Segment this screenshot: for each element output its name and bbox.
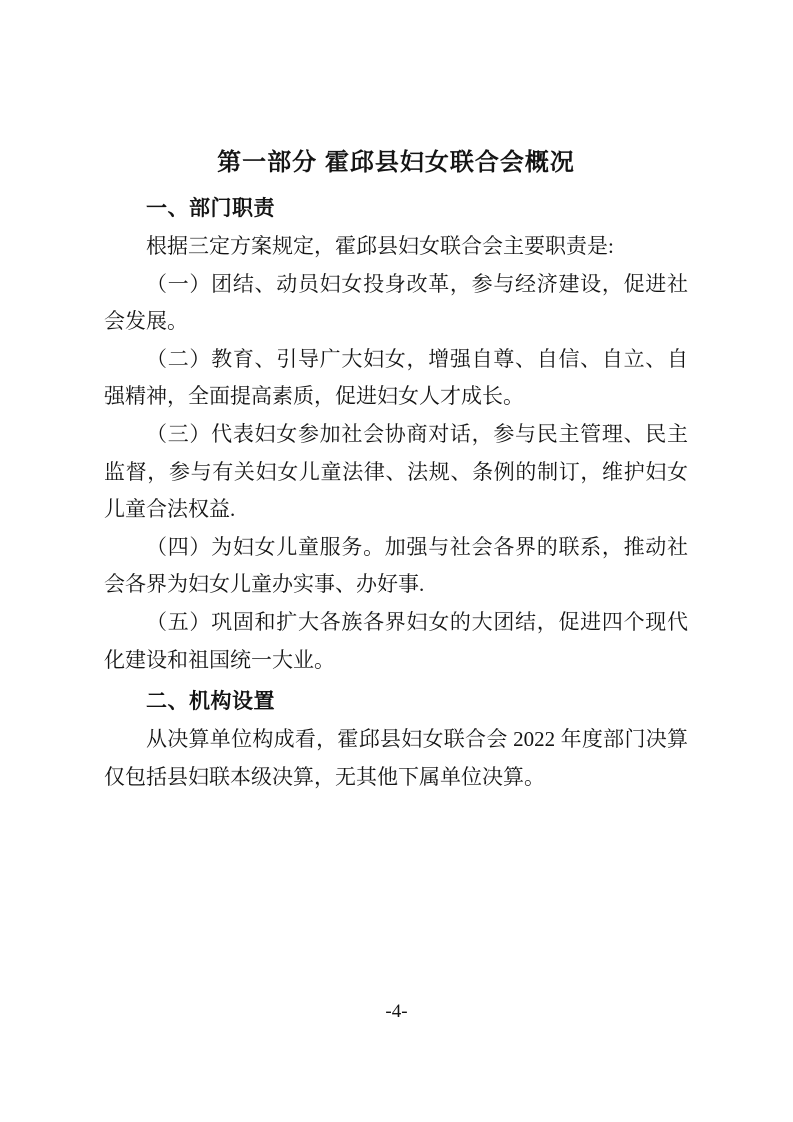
section-1-paragraph-6: （五）巩固和扩大各族各界妇女的大团结，促进四个现代化建设和祖国统一大业。 [104, 604, 688, 679]
section-1-paragraph-2: （一）团结、动员妇女投身改革，参与经济建设，促进社会发展。 [104, 266, 688, 341]
section-1-paragraph-5: （四）为妇女儿童服务。加强与社会各界的联系，推动社会各界为妇女儿童办实事、办好事… [104, 529, 688, 604]
section-2-heading: 二、机构设置 [104, 683, 688, 721]
document-content: 第一部分 霍邱县妇女联合会概况 一、部门职责 根据三定方案规定，霍邱县妇女联合会… [104, 140, 688, 796]
section-1-paragraph-1: 根据三定方案规定，霍邱县妇女联合会主要职责是: [104, 228, 688, 266]
section-1-paragraph-3: （二）教育、引导广大妇女，增强自尊、自信、自立、自强精神，全面提高素质，促进妇女… [104, 341, 688, 416]
section-1-paragraph-4: （三）代表妇女参加社会协商对话，参与民主管理、民主监督，参与有关妇女儿童法律、法… [104, 416, 688, 529]
section-2-paragraph-1: 从决算单位构成看，霍邱县妇女联合会 2022 年度部门决算仅包括县妇联本级决算，… [104, 721, 688, 796]
page-number: -4- [0, 1000, 793, 1024]
page-title: 第一部分 霍邱县妇女联合会概况 [104, 140, 688, 186]
section-1-heading: 一、部门职责 [104, 190, 688, 228]
document-page: 第一部分 霍邱县妇女联合会概况 一、部门职责 根据三定方案规定，霍邱县妇女联合会… [0, 0, 793, 1122]
